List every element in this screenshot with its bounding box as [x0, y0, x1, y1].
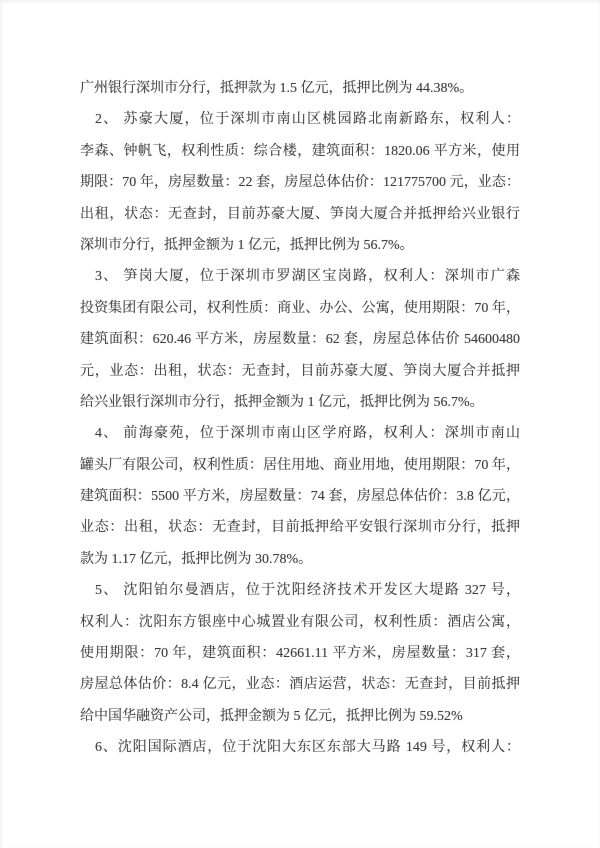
text-line: 3、 笋岗大厦，位于深圳市罗湖区宝岗路，权利人：深圳市广森	[80, 261, 520, 292]
document-page: 广州银行深圳市分行，抵押款为 1.5 亿元，抵押比例为 44.38%。2、 苏豪…	[0, 0, 600, 848]
text-line: 给中国华融资产公司，抵押金额为 5 亿元，抵押比例为 59.52%	[80, 701, 520, 732]
paragraph-item-1-continuation: 广州银行深圳市分行，抵押款为 1.5 亿元，抵押比例为 44.38%。	[80, 73, 520, 104]
text-line: 6、沈阳国际酒店，位于沈阳大东区东部大马路 149 号，权利人：	[80, 732, 520, 763]
text-line: 出租，状态：无查封，目前苏豪大厦、笋岗大厦合并抵押给兴业银行	[80, 199, 520, 230]
text-line: 权利人：沈阳东方银座中心城置业有限公司，权利性质：酒店公寓，	[80, 607, 520, 638]
text-line: 5、 沈阳铂尔曼酒店，位于沈阳经济技术开发区大堤路 327 号，	[80, 575, 520, 606]
text-line: 李森、钟帆飞，权利性质：综合楼，建筑面积：1820.06 平方米，使用	[80, 136, 520, 167]
text-line: 元，业态：出租，状态：无查封，目前苏豪大厦、笋岗大厦合并抵押	[80, 356, 520, 387]
paragraph-item-4: 4、 前海豪苑，位于深圳市南山区学府路，权利人：深圳市南山罐头厂有限公司，权利性…	[80, 418, 520, 575]
text-line: 建筑面积：620.46 平方米，房屋数量：62 套，房屋总体估价 5460048…	[80, 324, 520, 355]
text-line: 期限：70 年，房屋数量：22 套，房屋总体估价：121775700 元，业态：	[80, 167, 520, 198]
text-line: 房屋总体估价：8.4 亿元，业态：酒店运营，状态：无查封，目前抵押	[80, 669, 520, 700]
text-line: 建筑面积：5500 平方米，房屋数量：74 套，房屋总体估价：3.8 亿元，	[80, 481, 520, 512]
text-line: 业态：出租，状态：无查封，目前抵押给平安银行深圳市分行，抵押	[80, 512, 520, 543]
paragraph-item-2: 2、 苏豪大厦，位于深圳市南山区桃园路北南新路东，权利人：李森、钟帆飞，权利性质…	[80, 104, 520, 261]
text-line: 投资集团有限公司，权利性质：商业、办公、公寓，使用期限：70 年，	[80, 293, 520, 324]
document-body: 广州银行深圳市分行，抵押款为 1.5 亿元，抵押比例为 44.38%。2、 苏豪…	[80, 73, 520, 764]
text-line: 广州银行深圳市分行，抵押款为 1.5 亿元，抵押比例为 44.38%。	[80, 73, 520, 104]
text-line: 款为 1.17 亿元，抵押比例为 30.78%。	[80, 544, 520, 575]
paragraph-item-6: 6、沈阳国际酒店，位于沈阳大东区东部大马路 149 号，权利人：	[80, 732, 520, 763]
paragraph-item-5: 5、 沈阳铂尔曼酒店，位于沈阳经济技术开发区大堤路 327 号，权利人：沈阳东方…	[80, 575, 520, 732]
text-line: 给兴业银行深圳市分行，抵押金额为 1 亿元，抵押比例为 56.7%。	[80, 387, 520, 418]
text-line: 深圳市分行，抵押金额为 1 亿元，抵押比例为 56.7%。	[80, 230, 520, 261]
text-line: 使用期限：70 年，建筑面积：42661.11 平方米，房屋数量：317 套，	[80, 638, 520, 669]
text-line: 4、 前海豪苑，位于深圳市南山区学府路，权利人：深圳市南山	[80, 418, 520, 449]
text-line: 2、 苏豪大厦，位于深圳市南山区桃园路北南新路东，权利人：	[80, 104, 520, 135]
paragraph-item-3: 3、 笋岗大厦，位于深圳市罗湖区宝岗路，权利人：深圳市广森投资集团有限公司，权利…	[80, 261, 520, 418]
text-line: 罐头厂有限公司，权利性质：居住用地、商业用地，使用期限：70 年，	[80, 450, 520, 481]
